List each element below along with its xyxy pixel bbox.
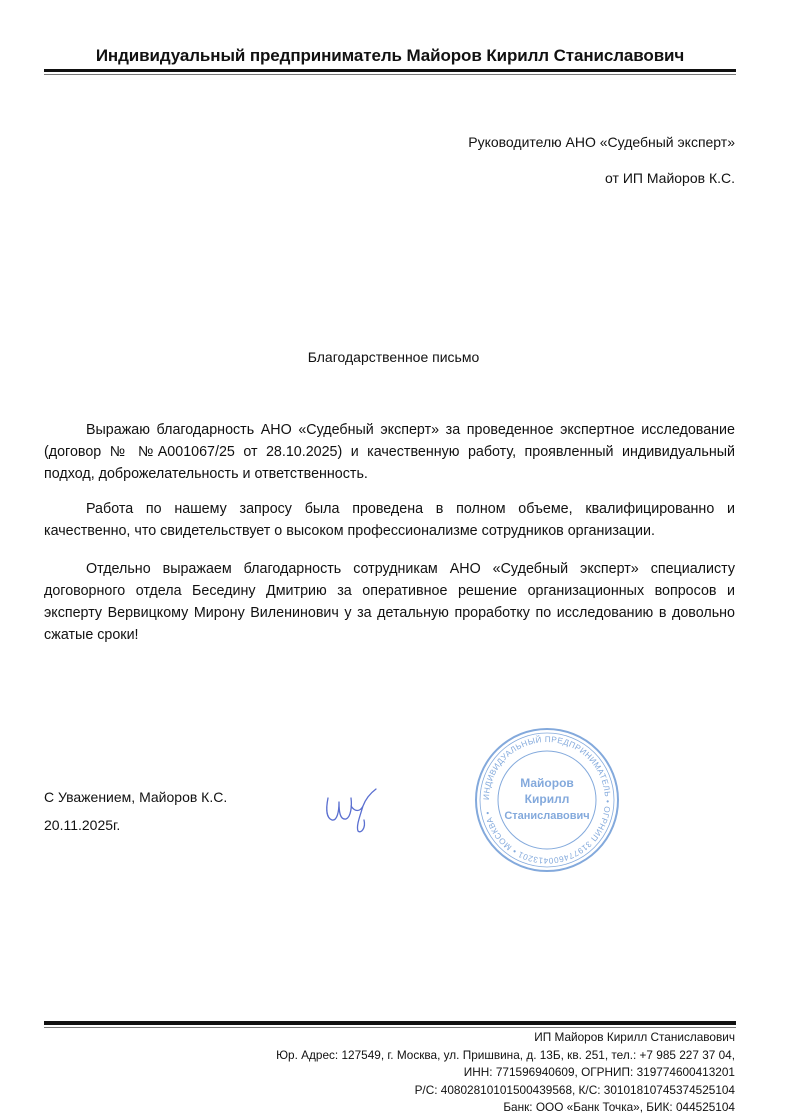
footer-divider-thin: [44, 1027, 736, 1028]
letter-title: Благодарственное письмо: [0, 349, 787, 365]
letter-paragraph-3: Отдельно выражаем благодарность сотрудни…: [44, 558, 735, 646]
stamp-line-2: Кирилл: [525, 792, 570, 806]
footer-bank-name: Банк: ООО «Банк Точка», БИК: 044525104: [276, 1099, 735, 1117]
footer-requisites: ИП Майоров Кирилл Станиславович Юр. Адре…: [276, 1029, 735, 1117]
stamp-line-1: Майоров: [520, 776, 574, 790]
footer-company-name: ИП Майоров Кирилл Станиславович: [276, 1029, 735, 1047]
paragraph-text: Работа по нашему запросу была проведена …: [44, 498, 735, 542]
footer-address: Юр. Адрес: 127549, г. Москва, ул. Пришви…: [276, 1047, 735, 1065]
footer-bank-accounts: Р/С: 40802810101500439568, К/С: 30101810…: [276, 1082, 735, 1100]
letter-date: 20.11.2025г.: [44, 817, 120, 833]
handwritten-signature-icon: [322, 786, 382, 836]
header-divider-thin: [44, 74, 736, 75]
footer-divider-thick: [44, 1021, 736, 1025]
paragraph-text: Выражаю благодарность АНО «Судебный эксп…: [44, 419, 735, 485]
letterhead-title: Индивидуальный предприниматель Майоров К…: [44, 46, 736, 66]
company-stamp-icon: ИНДИВИДУАЛЬНЫЙ ПРЕДПРИНИМАТЕЛЬ • ОГРНИП …: [472, 725, 622, 875]
addressee-to: Руководителю АНО «Судебный эксперт»: [468, 134, 735, 150]
header-divider-thick: [44, 69, 736, 72]
footer-inn-ogrnip: ИНН: 771596940609, ОГРНИП: 3197746004132…: [276, 1064, 735, 1082]
closing-line: С Уважением, Майоров К.С.: [44, 789, 227, 805]
addressee-from: от ИП Майоров К.С.: [605, 170, 735, 186]
letter-paragraph-1: Выражаю благодарность АНО «Судебный эксп…: [44, 419, 735, 485]
stamp-line-3: Станиславович: [504, 810, 589, 822]
paragraph-text: Отдельно выражаем благодарность сотрудни…: [44, 558, 735, 646]
letter-paragraph-2: Работа по нашему запросу была проведена …: [44, 498, 735, 542]
